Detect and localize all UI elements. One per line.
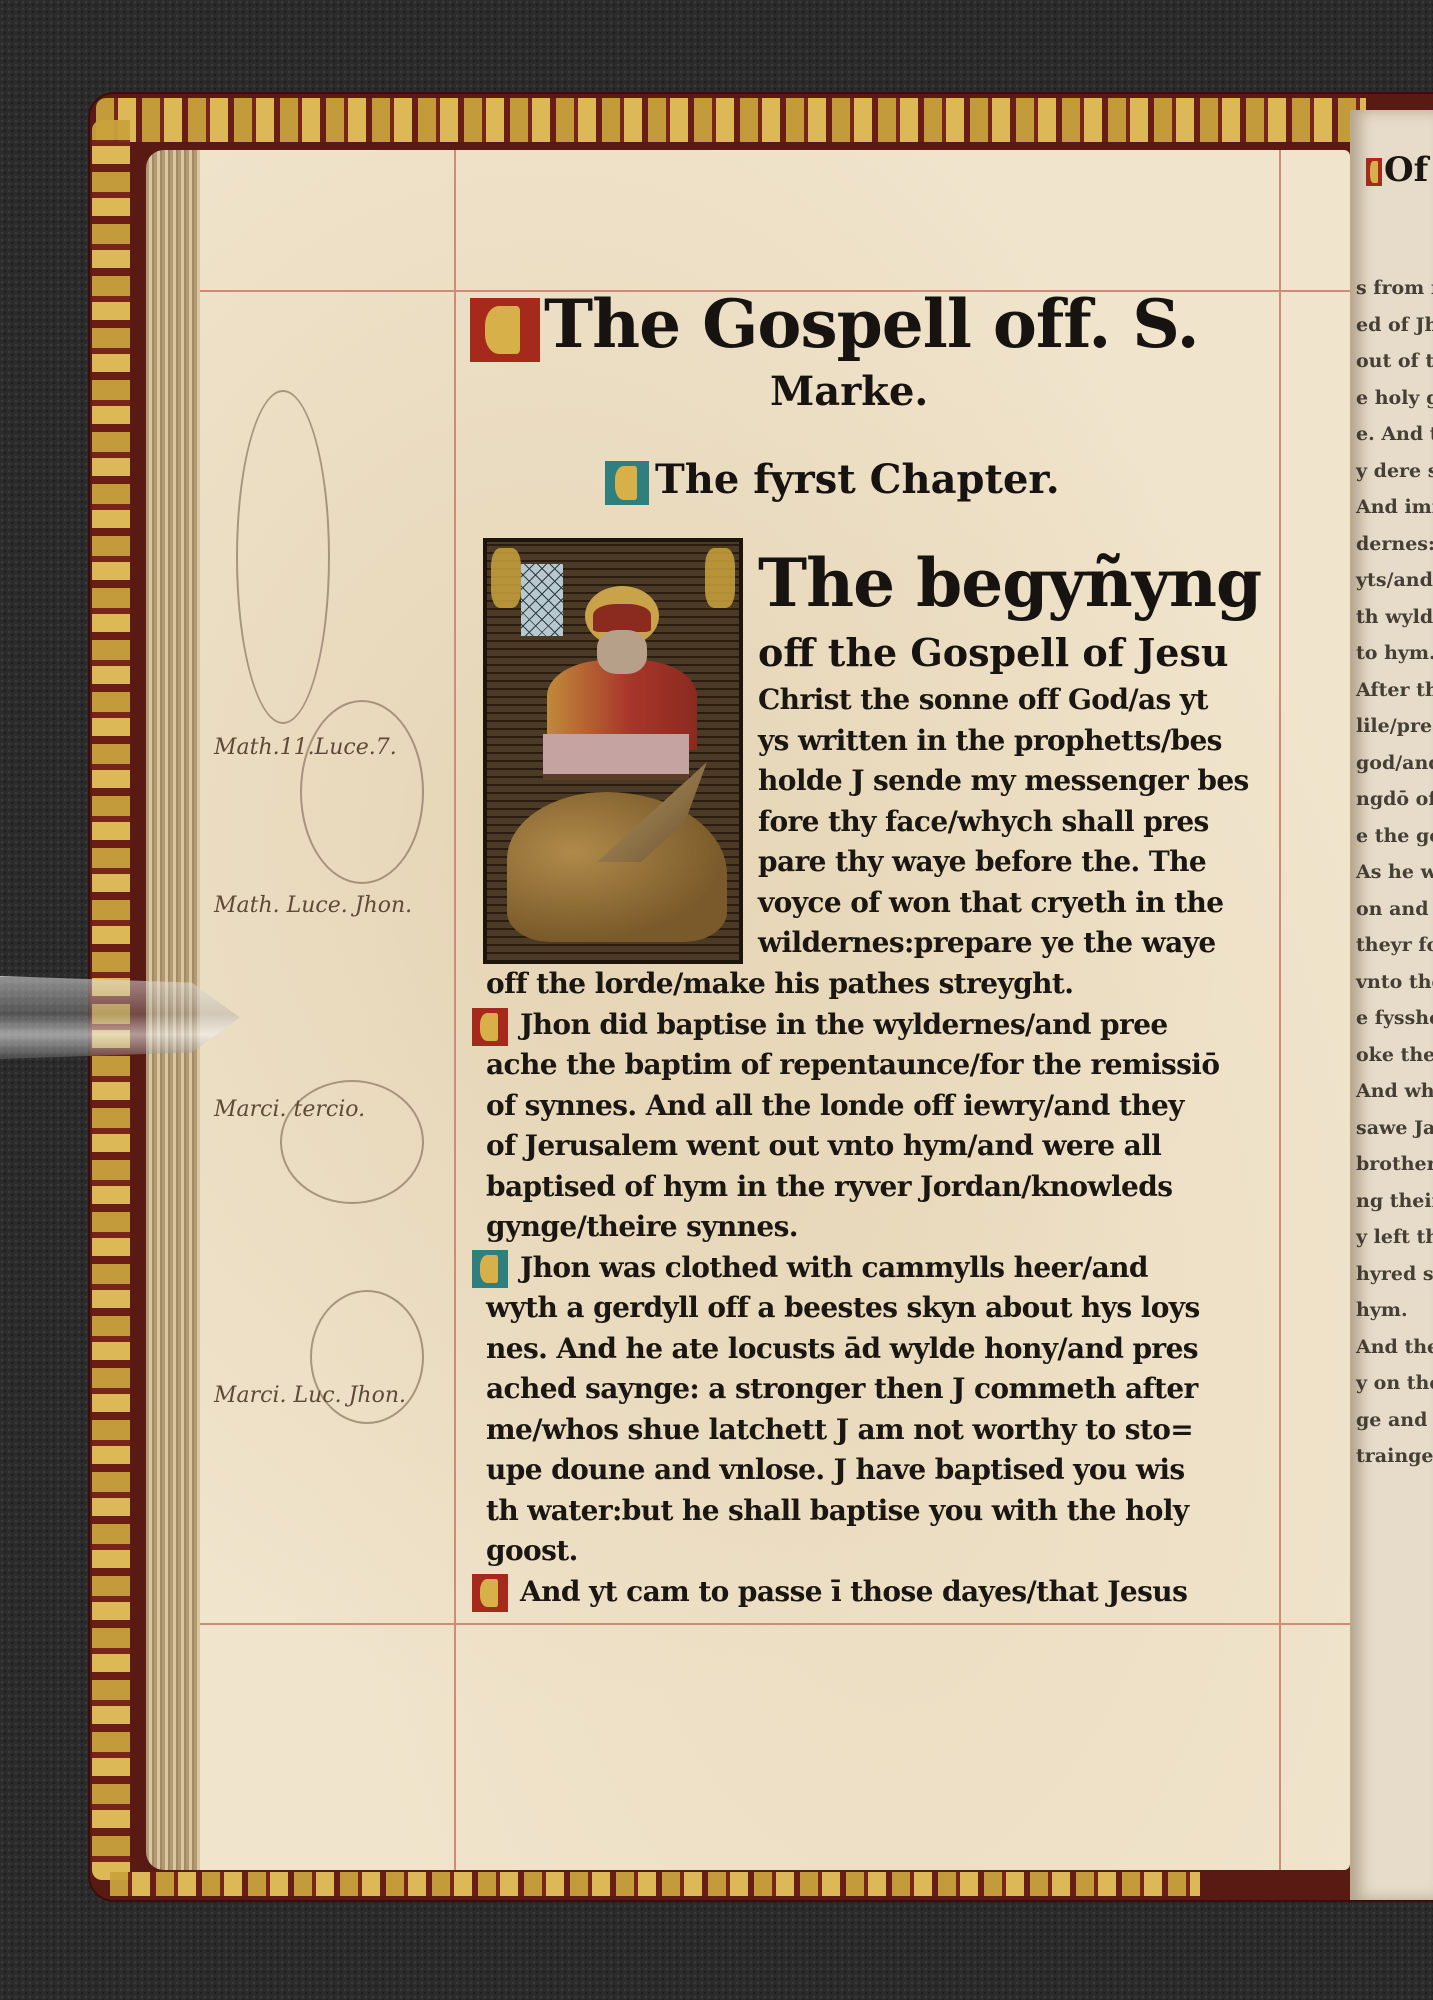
pen-flourish	[236, 390, 330, 724]
facing-text-line: trainge. for h	[1356, 1438, 1433, 1475]
text-line: off the lorde/make his pathes streyght.	[486, 964, 1276, 1005]
facing-text-line: And when h	[1356, 1073, 1433, 1110]
text-line: of synnes. And all the londe off iewry/a…	[486, 1086, 1276, 1127]
ruling-line	[1279, 150, 1281, 1870]
facing-page-text: s from nazaed of Jhonout of the wae holy…	[1356, 270, 1433, 1475]
page-title: The Gospell off. S.	[470, 288, 1230, 362]
marginal-annotation: Math. Luce. Jhon.	[214, 893, 412, 918]
text-line: goost.	[486, 1531, 1276, 1572]
marginal-annotation: Marci. tercio.	[214, 1097, 365, 1122]
facing-text-line: e holy goos	[1356, 380, 1433, 417]
facing-text-line: brother/ev	[1356, 1146, 1433, 1183]
pen-flourish	[300, 700, 424, 884]
facing-text-line: lile/preach	[1356, 708, 1433, 745]
marginal-annotation: Marci. Luc. Jhon.	[214, 1383, 406, 1408]
facing-text-line: e fysshers o	[1356, 1000, 1433, 1037]
marginal-annotation: Math.11.Luce.7.	[214, 735, 397, 760]
facing-text-line: s from naza	[1356, 270, 1433, 307]
facing-text-line: ng their net	[1356, 1183, 1433, 1220]
red-initial-icon	[470, 298, 540, 362]
text-line: upe doune and vnlose. J have baptised yo…	[486, 1450, 1276, 1491]
red-initial-icon	[1366, 158, 1382, 186]
facing-text-line: on and Ando	[1356, 891, 1433, 928]
facing-text-line: out of the wa	[1356, 343, 1433, 380]
facing-text-line: y on the sab	[1356, 1365, 1433, 1402]
text-line: of Jerusalem went out vnto hym/and were …	[486, 1126, 1276, 1167]
facing-text-line: hyred ser	[1356, 1256, 1433, 1293]
text-line: gynge/theire synnes.	[486, 1207, 1276, 1248]
gilt-border-top	[96, 98, 1366, 142]
facing-text-line: ge and taug	[1356, 1402, 1433, 1439]
body-text: off the lorde/make his pathes streyght. …	[486, 964, 1276, 1612]
text-line: nes. And he ate locusts ād wylde hony/an…	[486, 1329, 1276, 1370]
text-line: wyth a gerdyll off a beestes skyn about …	[486, 1288, 1276, 1329]
ruling-line	[454, 150, 456, 1870]
text-line: baptised of hym in the ryver Jordan/know…	[486, 1167, 1276, 1208]
facing-text-line: theyr for th	[1356, 927, 1433, 964]
text-line: And yt cam to passe ī those dayes/that J…	[486, 1572, 1276, 1613]
facing-text-line: As he walke	[1356, 854, 1433, 891]
opening-words: The begyñyng	[758, 548, 1278, 618]
opening-line-2: off the Gospell of Jesu	[758, 630, 1229, 675]
teal-paragraph-initial-icon	[472, 1250, 508, 1288]
facing-text-line: to hym.	[1356, 635, 1433, 672]
facing-text-line: god/and sa	[1356, 745, 1433, 782]
facing-text-line: y left their f	[1356, 1219, 1433, 1256]
window-icon	[521, 564, 563, 636]
ruling-line	[200, 1623, 1350, 1625]
facing-text-line: yts/and m	[1356, 562, 1433, 599]
facing-text-line: y dere sonn	[1356, 453, 1433, 490]
red-paragraph-initial-icon	[472, 1008, 508, 1046]
facing-text-line: And they ent	[1356, 1329, 1433, 1366]
facing-text-line: hym.	[1356, 1292, 1433, 1329]
facing-text-line: ed of Jhon	[1356, 307, 1433, 344]
body-text-beside-woodcut: Christ the sonne off God/as yt ys writte…	[486, 680, 1276, 964]
red-paragraph-initial-icon	[472, 1574, 508, 1612]
facing-text-line: dernes:an	[1356, 526, 1433, 563]
text-line: Jhon was clothed with cammylls heer/and	[486, 1248, 1276, 1289]
page-title-line2: Marke.	[770, 368, 928, 415]
facing-text-line: e. And there	[1356, 416, 1433, 453]
text-line: me/whos shue latchett J am not worthy to…	[486, 1410, 1276, 1451]
facing-running-head: Of S	[1366, 150, 1433, 190]
facing-text-line: th wylde be	[1356, 599, 1433, 636]
text-line: Jhon did baptise in the wyldernes/and pr…	[486, 1005, 1276, 1046]
facing-text-line: And imme	[1356, 489, 1433, 526]
text-line: ache the baptim of repentaunce/for the r…	[486, 1045, 1276, 1086]
facing-text-line: sawe James	[1356, 1110, 1433, 1147]
facing-page: Of S s from nazaed of Jhonout of the wae…	[1350, 110, 1433, 1900]
chapter-heading: The fyrst Chapter.	[605, 456, 1060, 505]
facing-text-line: oke their n	[1356, 1037, 1433, 1074]
text-line: ached saynge: a stronger then J commeth …	[486, 1369, 1276, 1410]
gilt-border-bottom	[110, 1872, 1200, 1896]
facing-text-line: e the gospel	[1356, 818, 1433, 855]
text-line: th water:but he shall baptise you with t…	[486, 1491, 1276, 1532]
teal-initial-icon	[605, 461, 649, 505]
facing-text-line: ngdō of god	[1356, 781, 1433, 818]
facing-text-line: After that	[1356, 672, 1433, 709]
facing-text-line: vnto them:	[1356, 964, 1433, 1001]
